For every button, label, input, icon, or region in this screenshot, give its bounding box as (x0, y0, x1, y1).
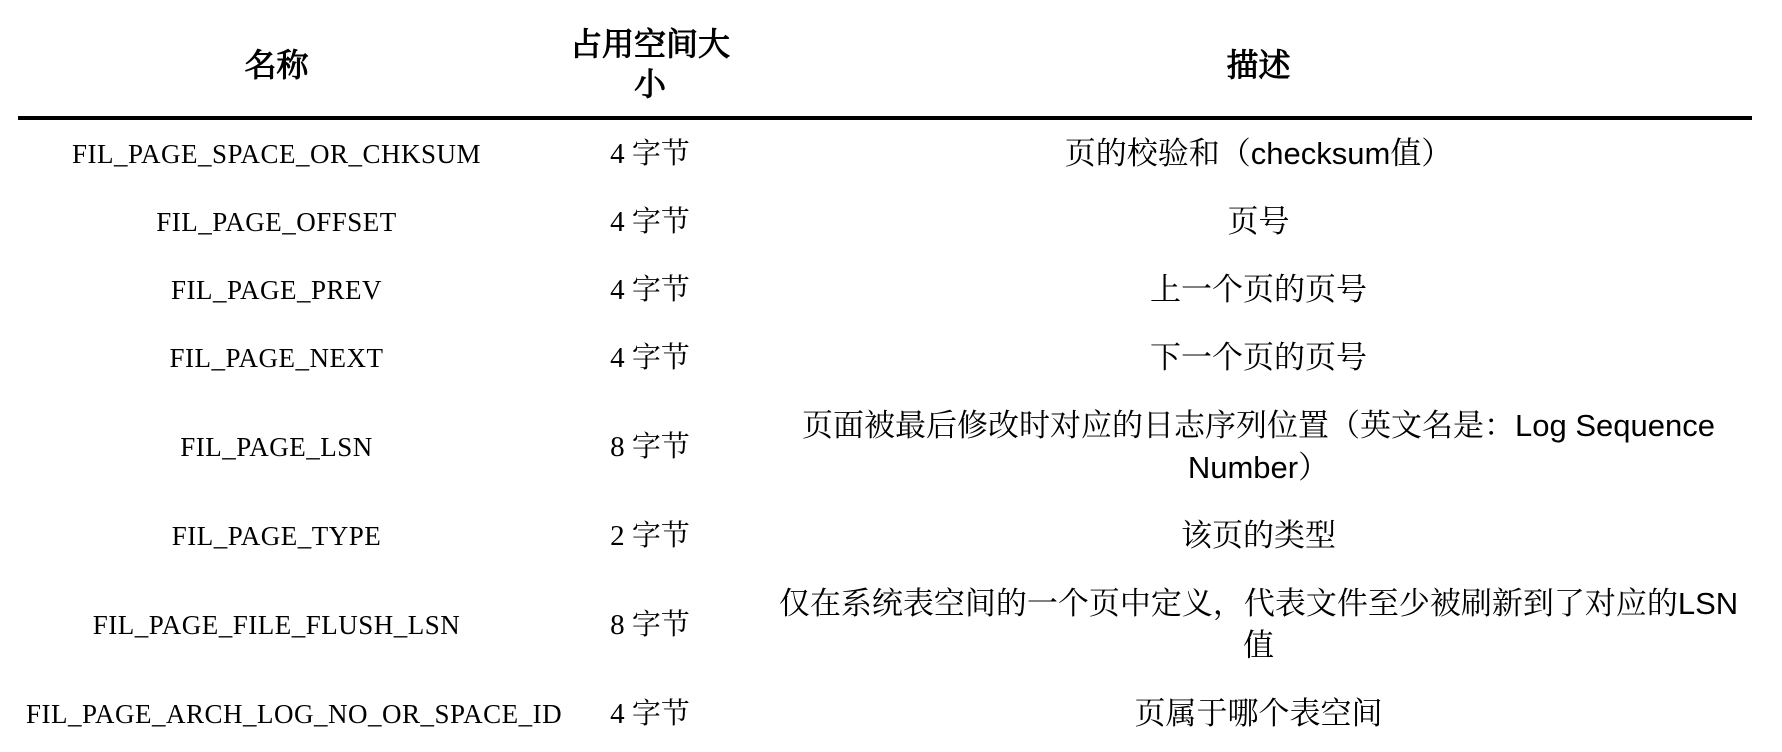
table-row: FIL_PAGE_SPACE_OR_CHKSUM 4 字节 页的校验和（chec… (18, 118, 1752, 188)
table-row: FIL_PAGE_PREV 4 字节 上一个页的页号 (18, 256, 1752, 324)
field-size-cell: 4 字节 (535, 680, 765, 748)
field-description-cell: 下一个页的页号 (765, 324, 1752, 392)
field-size-cell: 4 字节 (535, 188, 765, 256)
field-size-cell: 8 字节 (535, 570, 765, 680)
field-name-cell: FIL_PAGE_PREV (18, 256, 535, 324)
column-header-size: 占用空间大小 (535, 12, 765, 118)
field-description-cell: 页属于哪个表空间 (765, 680, 1752, 748)
field-name-cell: FIL_PAGE_ARCH_LOG_NO_OR_SPACE_ID (18, 680, 535, 748)
field-size-cell: 4 字节 (535, 256, 765, 324)
field-description-cell: 仅在系统表空间的一个页中定义，代表文件至少被刷新到了对应的LSN值 (765, 570, 1752, 680)
table-row: FIL_PAGE_NEXT 4 字节 下一个页的页号 (18, 324, 1752, 392)
field-description-cell: 该页的类型 (765, 502, 1752, 570)
field-name-cell: FIL_PAGE_LSN (18, 392, 535, 502)
field-size-cell: 2 字节 (535, 502, 765, 570)
field-description-cell: 页的校验和（checksum值） (765, 118, 1752, 188)
table-row: FIL_PAGE_ARCH_LOG_NO_OR_SPACE_ID 4 字节 页属… (18, 680, 1752, 748)
field-name-cell: FIL_PAGE_NEXT (18, 324, 535, 392)
table-row: FIL_PAGE_LSN 8 字节 页面被最后修改时对应的日志序列位置（英文名是… (18, 392, 1752, 502)
column-header-description: 描述 (765, 12, 1752, 118)
field-description-cell: 上一个页的页号 (765, 256, 1752, 324)
table-row: FIL_PAGE_FILE_FLUSH_LSN 8 字节 仅在系统表空间的一个页… (18, 570, 1752, 680)
field-description-cell: 页面被最后修改时对应的日志序列位置（英文名是：Log Sequence Numb… (765, 392, 1752, 502)
field-name-cell: FIL_PAGE_SPACE_OR_CHKSUM (18, 118, 535, 188)
file-header-fields-table: 名称 占用空间大小 描述 FIL_PAGE_SPACE_OR_CHKSUM 4 … (18, 12, 1752, 748)
field-size-cell: 4 字节 (535, 324, 765, 392)
field-name-cell: FIL_PAGE_TYPE (18, 502, 535, 570)
table-row: FIL_PAGE_OFFSET 4 字节 页号 (18, 188, 1752, 256)
document-page: 名称 占用空间大小 描述 FIL_PAGE_SPACE_OR_CHKSUM 4 … (0, 0, 1782, 752)
field-size-cell: 8 字节 (535, 392, 765, 502)
field-size-cell: 4 字节 (535, 118, 765, 188)
field-description-cell: 页号 (765, 188, 1752, 256)
column-header-name: 名称 (18, 12, 535, 118)
table-row: FIL_PAGE_TYPE 2 字节 该页的类型 (18, 502, 1752, 570)
field-name-cell: FIL_PAGE_FILE_FLUSH_LSN (18, 570, 535, 680)
field-name-cell: FIL_PAGE_OFFSET (18, 188, 535, 256)
table-header-row: 名称 占用空间大小 描述 (18, 12, 1752, 118)
